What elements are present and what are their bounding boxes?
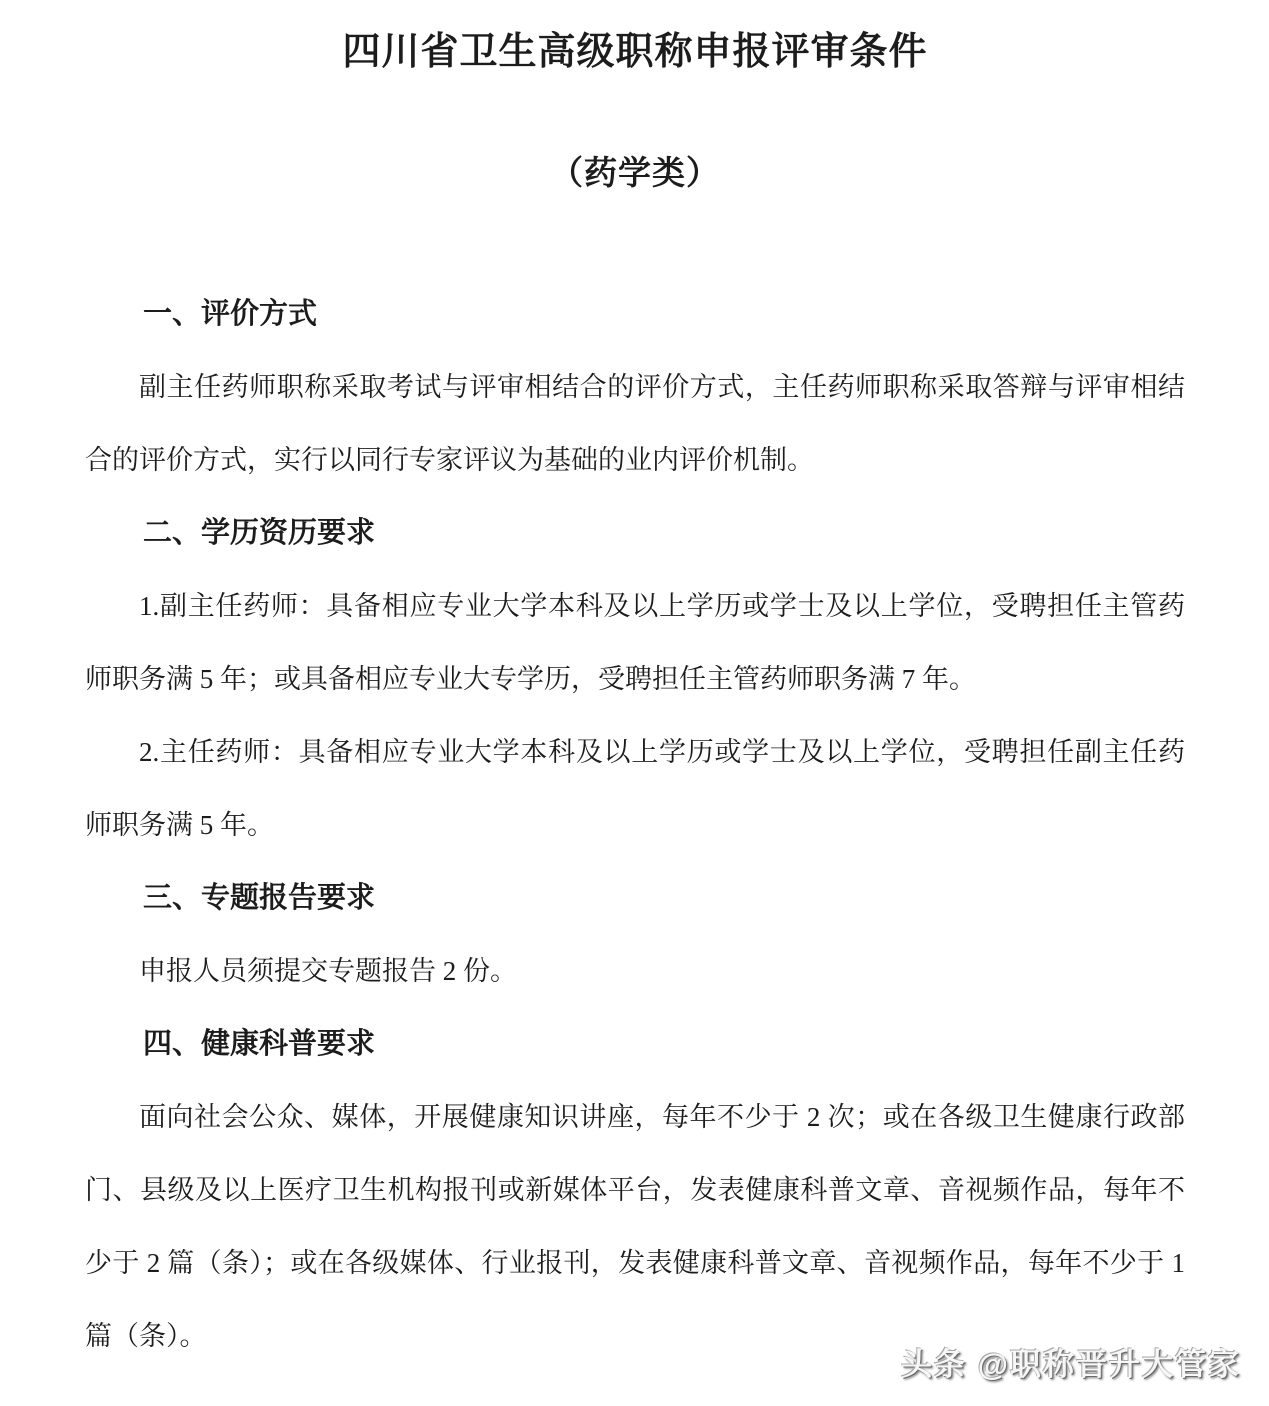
- document-subtitle: （药学类）: [85, 152, 1185, 194]
- paragraph-chief-pharmacist: 2.主任药师：具备相应专业大学本科及以上学历或学士及以上学位，受聘担任副主任药师…: [85, 716, 1185, 862]
- paragraph-evaluation-method: 副主任药师职称采取考试与评审相结合的评价方式，主任药师职称采取答辩与评审相结合的…: [85, 351, 1185, 497]
- section-heading-education-requirements: 二、学历资历要求: [85, 497, 1185, 570]
- paragraph-health-science: 面向社会公众、媒体，开展健康知识讲座，每年不少于 2 次；或在各级卫生健康行政部…: [85, 1081, 1185, 1373]
- section-heading-evaluation-method: 一、评价方式: [85, 278, 1185, 351]
- section-heading-health-science-requirements: 四、健康科普要求: [85, 1008, 1185, 1081]
- toutiao-watermark: 头条 @职称晋升大管家: [901, 1339, 1241, 1384]
- document-page: 四川省卫生高级职称申报评审条件 （药学类） 一、评价方式 副主任药师职称采取考试…: [0, 0, 1269, 1406]
- section-heading-special-report-requirements: 三、专题报告要求: [85, 862, 1185, 935]
- paragraph-special-report: 申报人员须提交专题报告 2 份。: [85, 935, 1185, 1008]
- paragraph-deputy-chief-pharmacist: 1.副主任药师：具备相应专业大学本科及以上学历或学士及以上学位，受聘担任主管药师…: [85, 570, 1185, 716]
- document-title: 四川省卫生高级职称申报评审条件: [85, 28, 1185, 76]
- document-body: 一、评价方式 副主任药师职称采取考试与评审相结合的评价方式，主任药师职称采取答辩…: [85, 278, 1185, 1373]
